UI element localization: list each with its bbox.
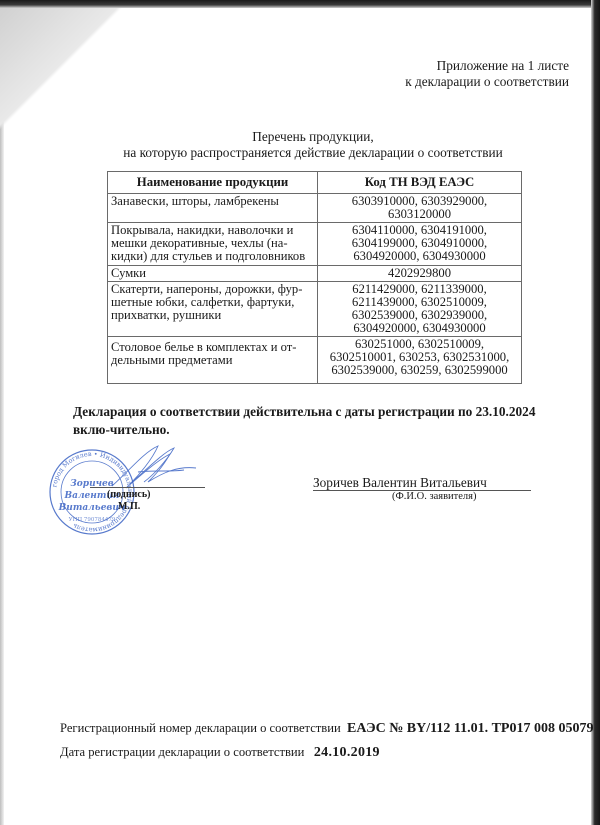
- list-title-line-1: Перечень продукции,: [0, 129, 600, 145]
- applicant-caption: (Ф.И.О. заявителя): [392, 491, 477, 502]
- header-hs-code: Код ТН ВЭД ЕАЭС: [318, 172, 522, 194]
- product-list-title: Перечень продукции, на которую распростр…: [0, 129, 600, 161]
- hs-code-cell: 6304110000, 6304191000, 6304199000, 6304…: [318, 223, 522, 266]
- signature-icon: [108, 442, 198, 492]
- hs-code-cell: 4202929800: [318, 266, 522, 282]
- scan-edge-top: [0, 0, 600, 8]
- product-name-cell: Покрывала, накидки, наволочки и мешки де…: [108, 223, 318, 266]
- table-row: Сумки 4202929800: [108, 266, 522, 282]
- registration-date-label: Дата регистрации декларации о соответств…: [60, 745, 304, 759]
- product-name-cell: Занавески, шторы, ламбрекены: [108, 194, 318, 223]
- header-product-name: Наименование продукции: [108, 172, 318, 194]
- folded-corner: [0, 0, 130, 130]
- stamp-unp: УНП 790784479: [69, 517, 116, 523]
- signature-caption: (подпись): [107, 489, 150, 500]
- list-title-line-2: на которую распространяется действие дек…: [0, 145, 600, 161]
- appendix-line-1: Приложение на 1 листе: [405, 58, 569, 74]
- applicant-name: Зоричев Валентин Витальевич: [313, 475, 531, 491]
- table-row: Скатерти, напероны, дорожки, фур-шетные …: [108, 282, 522, 337]
- product-name-cell: Сумки: [108, 266, 318, 282]
- hs-code-cell: 6211429000, 6211339000, 6211439000, 6302…: [318, 282, 522, 337]
- table-row: Занавески, шторы, ламбрекены 6303910000,…: [108, 194, 522, 223]
- product-table: Наименование продукции Код ТН ВЭД ЕАЭС З…: [107, 171, 522, 384]
- appendix-note: Приложение на 1 листе к декларации о соо…: [405, 58, 569, 90]
- table-row: Столовое белье в комплектах и от-дельным…: [108, 337, 522, 384]
- appendix-line-2: к декларации о соответствии: [405, 74, 569, 90]
- product-name-cell: Скатерти, напероны, дорожки, фур-шетные …: [108, 282, 318, 337]
- table-header-row: Наименование продукции Код ТН ВЭД ЕАЭС: [108, 172, 522, 194]
- seal-caption: М.П.: [118, 501, 140, 512]
- registration-number-value: ЕАЭС № BY/112 11.01. ТР017 008 05079: [347, 721, 593, 736]
- product-name-cell: Столовое белье в комплектах и от-дельным…: [108, 337, 318, 384]
- hs-code-cell: 630251000, 6302510009, 6302510001, 63025…: [318, 337, 522, 384]
- registration-number-label: Регистрационный номер декларации о соотв…: [60, 721, 341, 735]
- stamp-line-3: Витальевич: [58, 503, 126, 513]
- hs-code-cell: 6303910000, 6303929000, 6303120000: [318, 194, 522, 223]
- validity-statement: Декларация о соответствии действительна …: [73, 403, 568, 439]
- registration-date-line: Дата регистрации декларации о соответств…: [60, 745, 380, 761]
- signature-line: [90, 487, 205, 488]
- registration-number-line: Регистрационный номер декларации о соотв…: [60, 721, 594, 737]
- table-row: Покрывала, накидки, наволочки и мешки де…: [108, 223, 522, 266]
- scan-edge-right: [591, 0, 600, 825]
- registration-date-value: 24.10.2019: [314, 745, 380, 760]
